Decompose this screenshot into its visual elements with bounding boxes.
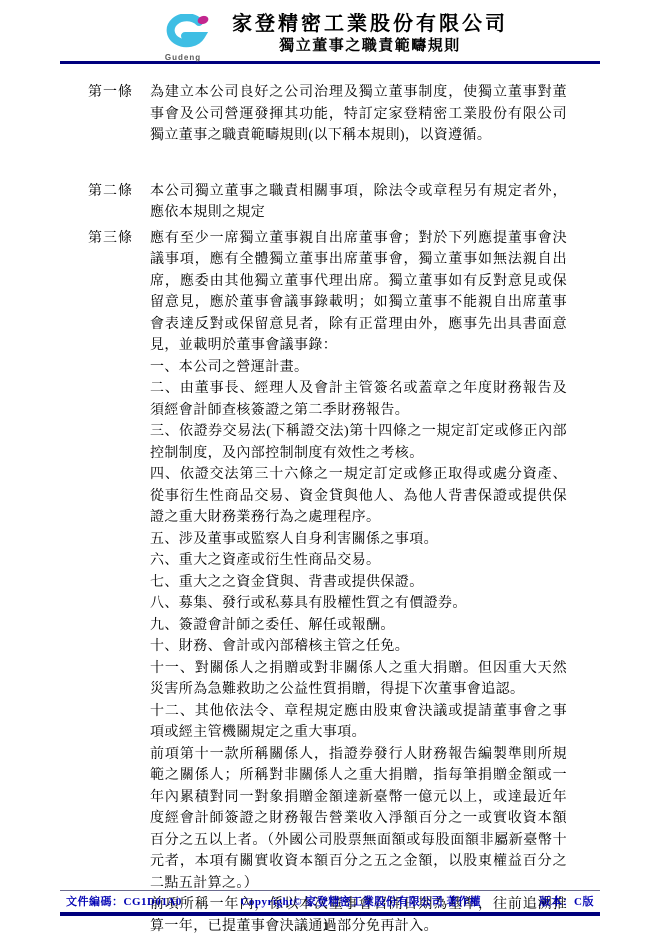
article-paragraph: 一、本公司之營運計畫。 (150, 357, 567, 379)
footer-copyright: Copyright© 家登精密工業股份有限公司 著作權 (182, 893, 540, 909)
article-paragraph: 九、簽證會計師之委任、解任或報酬。 (150, 615, 567, 637)
footer-version: 版本：C版 (540, 893, 594, 909)
article-paragraph: 八、募集、發行或私募具有股權性質之有價證券。 (150, 593, 567, 615)
article-paragraph: 五、涉及董事或監察人自身利害關係之事項。 (150, 529, 567, 551)
article-paragraph: 三、依證券交易法(下稱證交法)第十四條之一規定訂定或修正內部控制制度，及內部控制… (150, 421, 567, 464)
page-number: 1 (0, 918, 652, 934)
gudeng-logo-icon (152, 14, 214, 50)
document-header: Gudeng 家登精密工業股份有限公司 獨立董事之職責範疇規則 (0, 0, 652, 60)
article-paragraph: 四、依證交法第三十六條之一規定訂定或修正取得或處分資產、從事衍生性商品交易、資金… (150, 464, 567, 529)
article: 第二條 本公司獨立董事之職責相關事項，除法令或章程另有規定者外，應依本規則之規定 (88, 181, 567, 224)
company-name: 家登精密工業股份有限公司 (232, 12, 508, 36)
article-number: 第一條 (88, 82, 150, 147)
article: 第一條 為建立本公司良好之公司治理及獨立董事制度，使獨立董事對董事會及公司營運發… (88, 82, 567, 147)
logo-wordmark: Gudeng (144, 53, 222, 62)
article-paragraph: 十一、對關係人之捐贈或對非關係人之重大捐贈。但因重大天然災害所為急難救助之公益性… (150, 658, 567, 701)
article-paragraph: 二、由董事長、經理人及會計主管簽名或蓋章之年度財務報告及須經會計師查核簽證之第二… (150, 378, 567, 421)
article-paragraph: 十二、其他依法令、章程規定應由股東會決議或提請董事會之事項或經主管機關規定之重大… (150, 701, 567, 744)
article-paragraph: 六、重大之資產或衍生性商品交易。 (150, 550, 567, 572)
article-paragraph: 應有至少一席獨立董事親自出席董事會；對於下列應提董事會決議事項，應有全體獨立董事… (150, 228, 567, 357)
article-number: 第三條 (88, 228, 150, 938)
article-body: 應有至少一席獨立董事親自出席董事會；對於下列應提董事會決議事項，應有全體獨立董事… (150, 228, 567, 938)
document-page: Gudeng 家登精密工業股份有限公司 獨立董事之職責範疇規則 第一條 為建立本… (0, 0, 652, 948)
articles: 第一條 為建立本公司良好之公司治理及獨立董事制度，使獨立董事對董事會及公司營運發… (0, 64, 652, 937)
document-title: 獨立董事之職責範疇規則 (232, 36, 508, 56)
article-number: 第二條 (88, 181, 150, 224)
article: 第三條 應有至少一席獨立董事親自出席董事會；對於下列應提董事會決議事項，應有全體… (88, 228, 567, 938)
footer-doc-number: 文件編碼：CG1D01A0 (66, 893, 182, 909)
article-body: 為建立本公司良好之公司治理及獨立董事制度，使獨立董事對董事會及公司營運發揮其功能… (150, 82, 567, 147)
article-paragraph: 前項第十一款所稱關係人，指證券發行人財務報告編製準則所規範之關係人；所稱對非關係… (150, 744, 567, 895)
article-paragraph: 七、重大之之資金貸與、背書或提供保證。 (150, 572, 567, 594)
article-paragraph: 為建立本公司良好之公司治理及獨立董事制度，使獨立董事對董事會及公司營運發揮其功能… (150, 82, 567, 147)
article-body: 本公司獨立董事之職責相關事項，除法令或章程另有規定者外，應依本規則之規定 (150, 181, 567, 224)
document-footer: 文件編碼：CG1D01A0 Copyright© 家登精密工業股份有限公司 著作… (0, 890, 652, 934)
article-paragraph: 本公司獨立董事之職責相關事項，除法令或章程另有規定者外，應依本規則之規定 (150, 181, 567, 224)
company-logo: Gudeng (144, 14, 222, 62)
footer-bar: 文件編碼：CG1D01A0 Copyright© 家登精密工業股份有限公司 著作… (60, 890, 600, 916)
article-paragraph: 十、財務、會計或內部稽核主管之任免。 (150, 636, 567, 658)
